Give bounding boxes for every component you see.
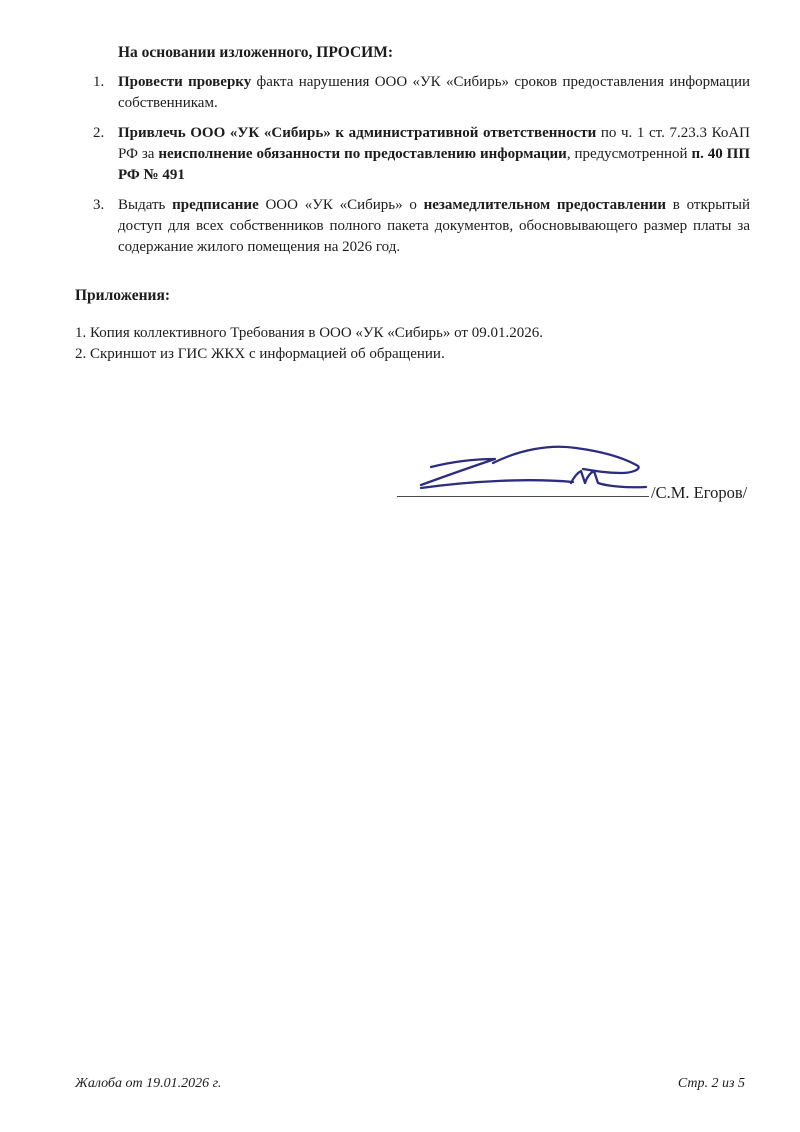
request-number: 3. xyxy=(93,195,118,258)
request-text: Выдать предписание ООО «УК «Сибирь» о не… xyxy=(118,195,750,258)
attachments-list: 1. Копия коллективного Требования в ООО … xyxy=(75,323,750,365)
attachment-item: 1. Копия коллективного Требования в ООО … xyxy=(75,323,750,344)
requests-list: 1.Провести проверку факта нарушения ООО … xyxy=(75,72,750,258)
request-item: 1.Провести проверку факта нарушения ООО … xyxy=(75,72,750,114)
attachment-item: 2. Скриншот из ГИС ЖКХ с информацией об … xyxy=(75,344,750,365)
document-body: На основании изложенного, ПРОСИМ: 1.Пров… xyxy=(0,0,800,365)
signatory-name: /С.М. Егоров/ xyxy=(651,482,747,503)
footer-page-number: Стр. 2 из 5 xyxy=(678,1073,745,1094)
request-item: 3.Выдать предписание ООО «УК «Сибирь» о … xyxy=(75,195,750,258)
request-number: 1. xyxy=(93,72,118,114)
attachments-heading: Приложения: xyxy=(75,285,750,306)
petition-heading: На основании изложенного, ПРОСИМ: xyxy=(118,42,750,63)
request-number: 2. xyxy=(93,123,118,186)
request-item: 2.Привлечь ООО «УК «Сибирь» к администра… xyxy=(75,123,750,186)
document-page: На основании изложенного, ПРОСИМ: 1.Пров… xyxy=(0,0,800,1132)
request-text: Привлечь ООО «УК «Сибирь» к администрати… xyxy=(118,123,750,186)
signature-line xyxy=(397,468,649,497)
footer-doc-title: Жалоба от 19.01.2026 г. xyxy=(75,1073,221,1094)
request-text: Провести проверку факта нарушения ООО «У… xyxy=(118,72,750,114)
